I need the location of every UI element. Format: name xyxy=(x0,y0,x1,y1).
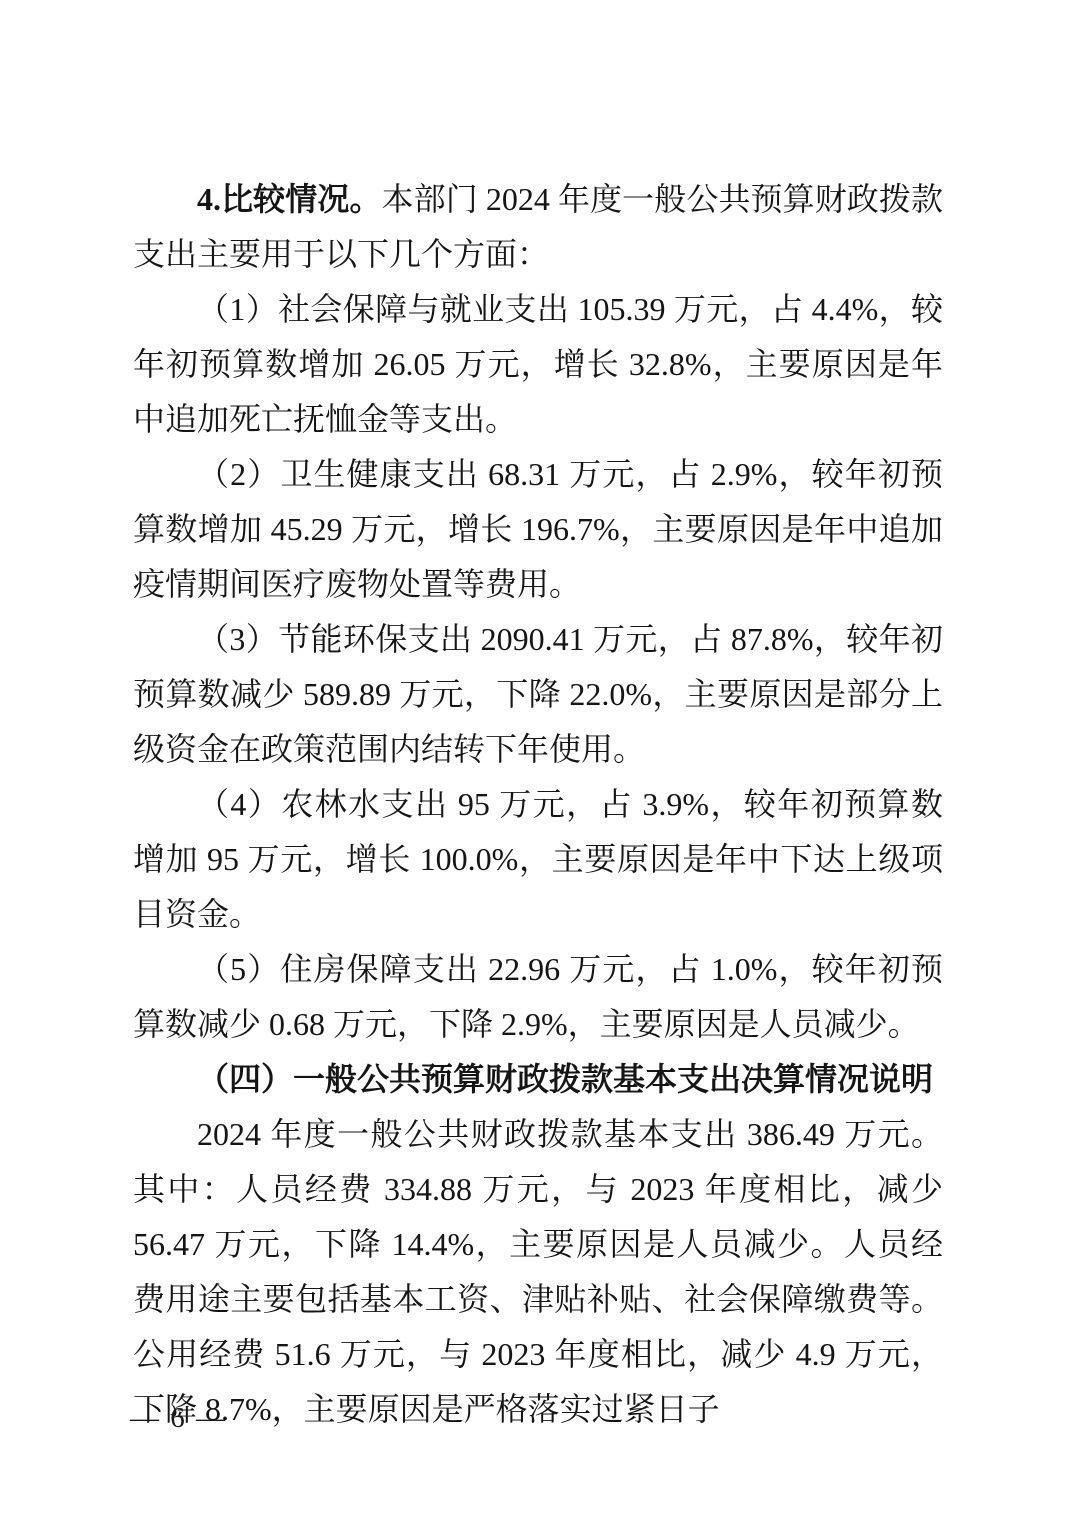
document-page: { "content": { "section4": { "lead": "4.… xyxy=(0,0,1075,1520)
expense-item-2: （2）卫生健康支出 68.31 万元，占 2.9%，较年初预算数增加 45.29… xyxy=(133,447,943,612)
expense-item-5: （5）住房保障支出 22.96 万元，占 1.0%，较年初预算数减少 0.68 … xyxy=(133,942,943,1052)
paragraph-basic-expenditure-detail: 2024 年度一般公共财政拨款基本支出 386.49 万元。其中：人员经费 33… xyxy=(133,1107,943,1437)
expense-item-1: （1）社会保障与就业支出 105.39 万元，占 4.4%，较年初预算数增加 2… xyxy=(133,282,943,447)
expense-item-3: （3）节能环保支出 2090.41 万元，占 87.8%，较年初预算数减少 58… xyxy=(133,612,943,777)
section-heading-basic-expenditure: （四）一般公共预算财政拨款基本支出决算情况说明 xyxy=(133,1052,943,1107)
page-number-footer: — 6 — xyxy=(130,1398,227,1438)
comparison-intro-bold-lead: 4.比较情况。 xyxy=(197,181,382,217)
expense-item-4: （4）农林水支出 95 万元，占 3.9%，较年初预算数增加 95 万元，增长 … xyxy=(133,777,943,942)
body-text: 4.比较情况。本部门 2024 年度一般公共预算财政拨款支出主要用于以下几个方面… xyxy=(133,172,943,1437)
paragraph-comparison-intro: 4.比较情况。本部门 2024 年度一般公共预算财政拨款支出主要用于以下几个方面… xyxy=(133,172,943,282)
